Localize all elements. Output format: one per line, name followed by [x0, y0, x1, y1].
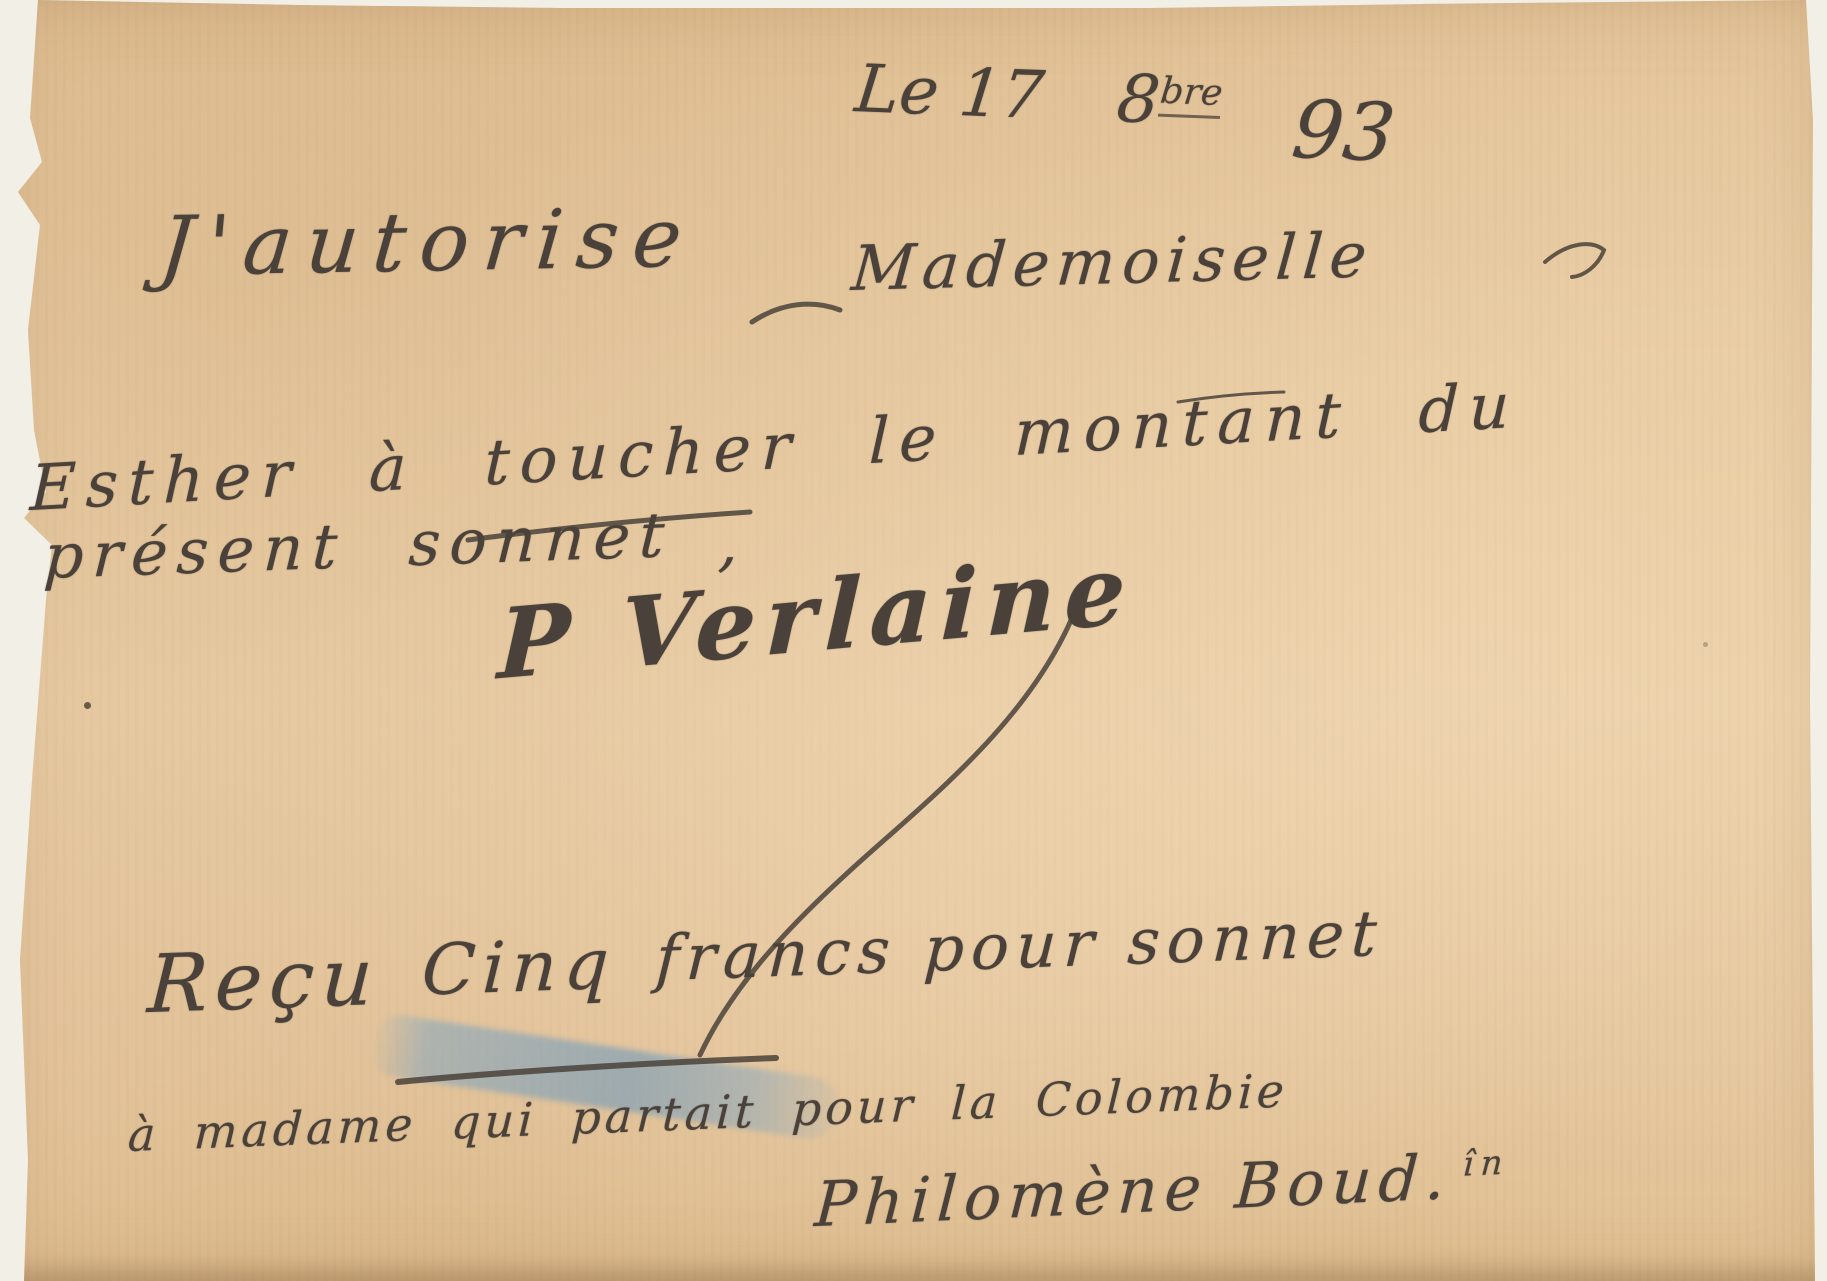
- recu-word: Reçu: [146, 930, 383, 1031]
- ink-speck: [84, 702, 91, 709]
- cinq-word-underlined: Cinq: [420, 923, 618, 1012]
- date-month-abbreviation: bre: [1158, 69, 1225, 119]
- date-day: Le 17: [852, 50, 1048, 134]
- scanned-manuscript: Le 17 8bre 93 J'autorise Mademoiselle Es…: [0, 0, 1827, 1281]
- date-month: 8bre: [1113, 60, 1225, 141]
- authorization-word: J'autorise: [156, 191, 700, 296]
- mademoiselle-word: Mademoiselle: [849, 218, 1376, 305]
- paper-speck: [1703, 642, 1708, 647]
- date-year: 93: [1288, 83, 1400, 180]
- signature-paraph: în: [1462, 1143, 1511, 1185]
- date-month-number: 8: [1113, 60, 1163, 138]
